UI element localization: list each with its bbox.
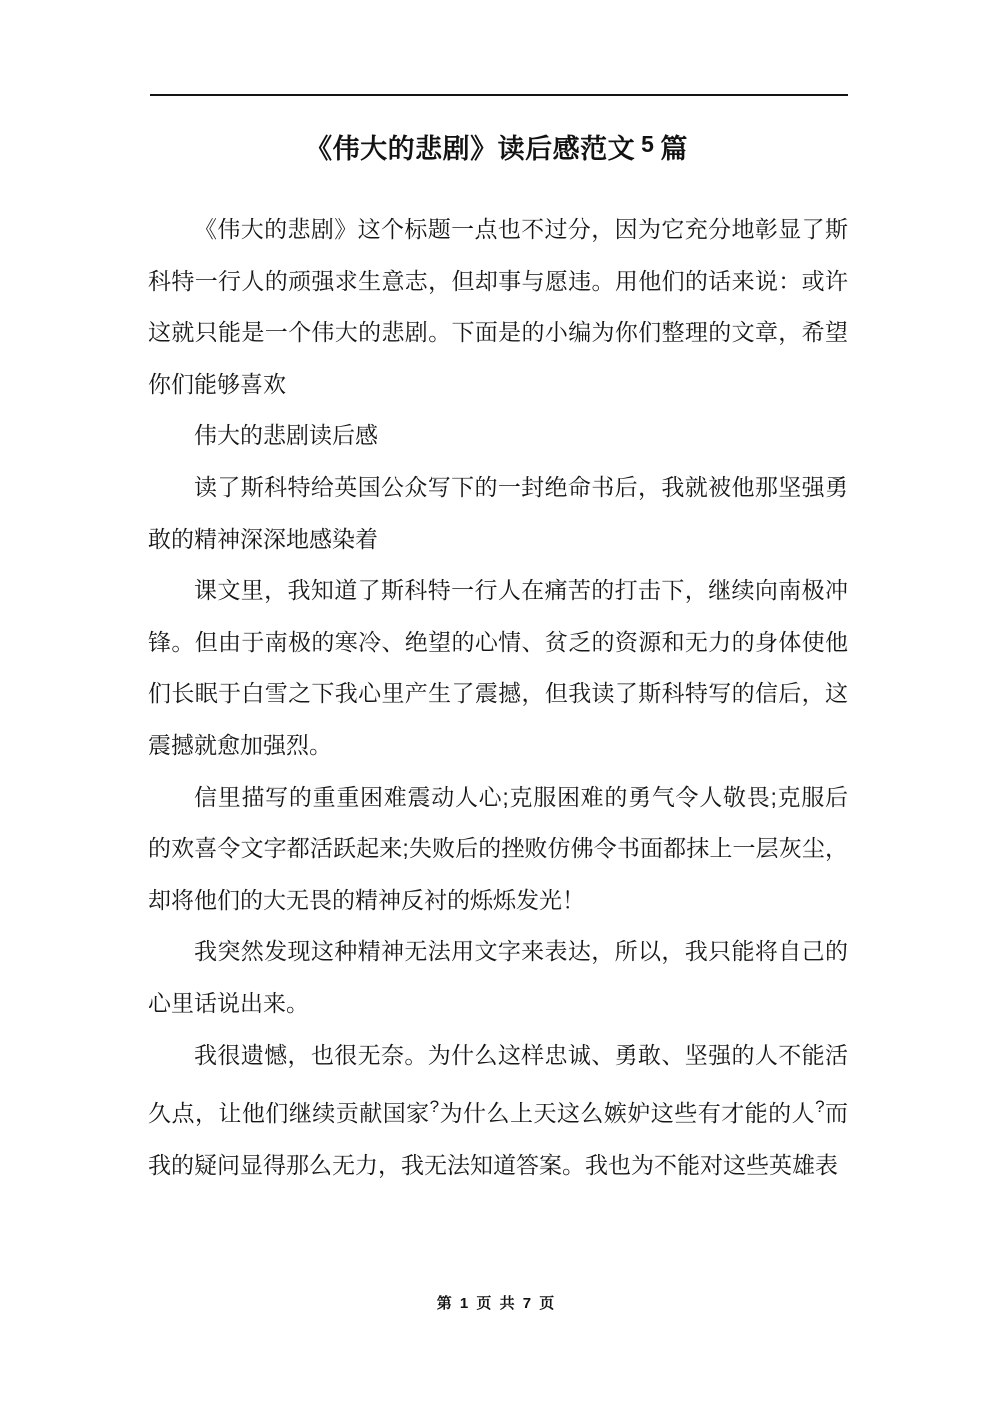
paragraph: 读了斯科特给英国公众写下的一封绝命书后，我就被他那坚强勇敢的精神深深地感染着 — [148, 462, 848, 565]
document-page: 《伟大的悲剧》读后感范文5篇 《伟大的悲剧》这个标题一点也不过分，因为它充分地彰… — [0, 0, 993, 1404]
paragraph: 我很遗憾，也很无奈。为什么这样忠诚、勇敢、坚强的人不能活久点，让他们继续贡献国家… — [148, 1030, 848, 1192]
text-run: 《伟大的悲剧》读后感范文 — [305, 134, 635, 164]
text-run-sup: ? — [815, 1097, 824, 1116]
text-run: 读了斯科特给英国公众写下的一封绝命书后，我就被他那坚强勇敢的精神深深地感染着 — [148, 474, 848, 552]
text-run: 课文里，我知道了斯科特一行人在痛苦的打击下，继续向南极冲锋。但由于南极的寒冷、绝… — [148, 577, 848, 758]
text-run: 篇 — [660, 134, 688, 164]
page-footer: 第 1 页 共 7 页 — [0, 1292, 993, 1313]
text-run: 信里描写的重重困难震动人心;克服困难的勇气令人敬畏;克服后的欢喜令文字都活跃起来… — [148, 784, 848, 913]
text-run: 《伟大的悲剧》这个标题一点也不过分，因为它充分地彰显了斯科特一行人的顽强求生意志… — [148, 216, 848, 397]
document-body: 《伟大的悲剧》这个标题一点也不过分，因为它充分地彰显了斯科特一行人的顽强求生意志… — [148, 204, 848, 1191]
text-run-latin-num: 5 — [641, 131, 654, 157]
paragraph: 伟大的悲剧读后感 — [148, 410, 848, 462]
text-run: 我突然发现这种精神无法用文字来表达，所以，我只能将自己的心里话说出来。 — [148, 938, 848, 1016]
text-run-sup: ? — [430, 1097, 439, 1116]
text-run: 为什么上天这么嫉妒这些有才能的人 — [439, 1100, 815, 1126]
paragraph: 我突然发现这种精神无法用文字来表达，所以，我只能将自己的心里话说出来。 — [148, 926, 848, 1029]
text-run: 伟大的悲剧读后感 — [194, 422, 378, 448]
header-rule — [150, 94, 848, 96]
page-number-label: 第 1 页 共 7 页 — [437, 1295, 557, 1312]
paragraph: 课文里，我知道了斯科特一行人在痛苦的打击下，继续向南极冲锋。但由于南极的寒冷、绝… — [148, 565, 848, 771]
paragraph: 《伟大的悲剧》这个标题一点也不过分，因为它充分地彰显了斯科特一行人的顽强求生意志… — [148, 204, 848, 410]
document-title: 《伟大的悲剧》读后感范文5篇 — [0, 124, 993, 169]
paragraph: 信里描写的重重困难震动人心;克服困难的勇气令人敬畏;克服后的欢喜令文字都活跃起来… — [148, 772, 848, 927]
